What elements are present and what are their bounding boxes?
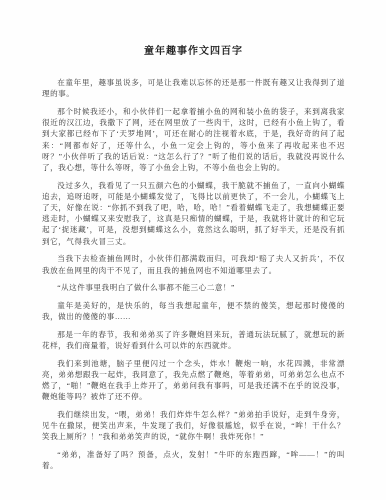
essay-paragraph: 童年是美好的，是快乐的，每当我想起童年，便不禁的傻笑，想起那时傻傻的我，做出的傻… <box>42 300 345 322</box>
essay-paragraph: 那是一年的春节，我和弟弟买了许多鞭炮回来玩，普通玩法玩腻了，就想玩的新花样，我们… <box>42 329 345 351</box>
essay-paragraph: 没过多久，我看见了一只五颜六色的小蝴蝶，我干脆就不捕鱼了，一直向小蝴蝶追去，追呀… <box>42 180 345 247</box>
page-title: 童年趣事作文四百字 <box>42 42 345 57</box>
essay-body: 在童年里，趣事虽说多，可是让我难以忘怀的还是那一件既有趣又让我得到了道理的事。那… <box>42 77 345 472</box>
essay-paragraph: 在童年里，趣事虽说多，可是让我难以忘怀的还是那一件既有趣又让我得到了道理的事。 <box>42 77 345 99</box>
document-page: 童年趣事作文四百字 在童年里，趣事虽说多，可是让我难以忘怀的还是那一件既有趣又让… <box>0 0 386 500</box>
essay-paragraph: 我们继续出发，“喂，弟弟！我们炸炸牛怎么样？”弟弟拍手说好，走到牛身旁，见牛在撒… <box>42 409 345 443</box>
essay-paragraph: “从这件事里我明白了做什么事都不能三心二意！” <box>42 282 345 293</box>
essay-paragraph: 那个时候我还小，和小伙伴们一起拿着捕小鱼的网和装小鱼的袋子，来到离我家很近的汉江… <box>42 106 345 173</box>
essay-paragraph: “弟弟，准备好了吗？预备，点火，发射！”牛吓的东跑西蹿，“哞——！”的叫着。 <box>42 449 345 471</box>
essay-paragraph: 我们来到池塘，脑子里便闪过一个念头，炸水！鞭炮一响，水花四溅，非常漂亮，弟弟想跟… <box>42 358 345 403</box>
essay-paragraph: 当我下去检查捕鱼网时，小伙伴们都满载而归，可我却‘赔了夫人又折兵’，不仅我放在鱼… <box>42 253 345 275</box>
